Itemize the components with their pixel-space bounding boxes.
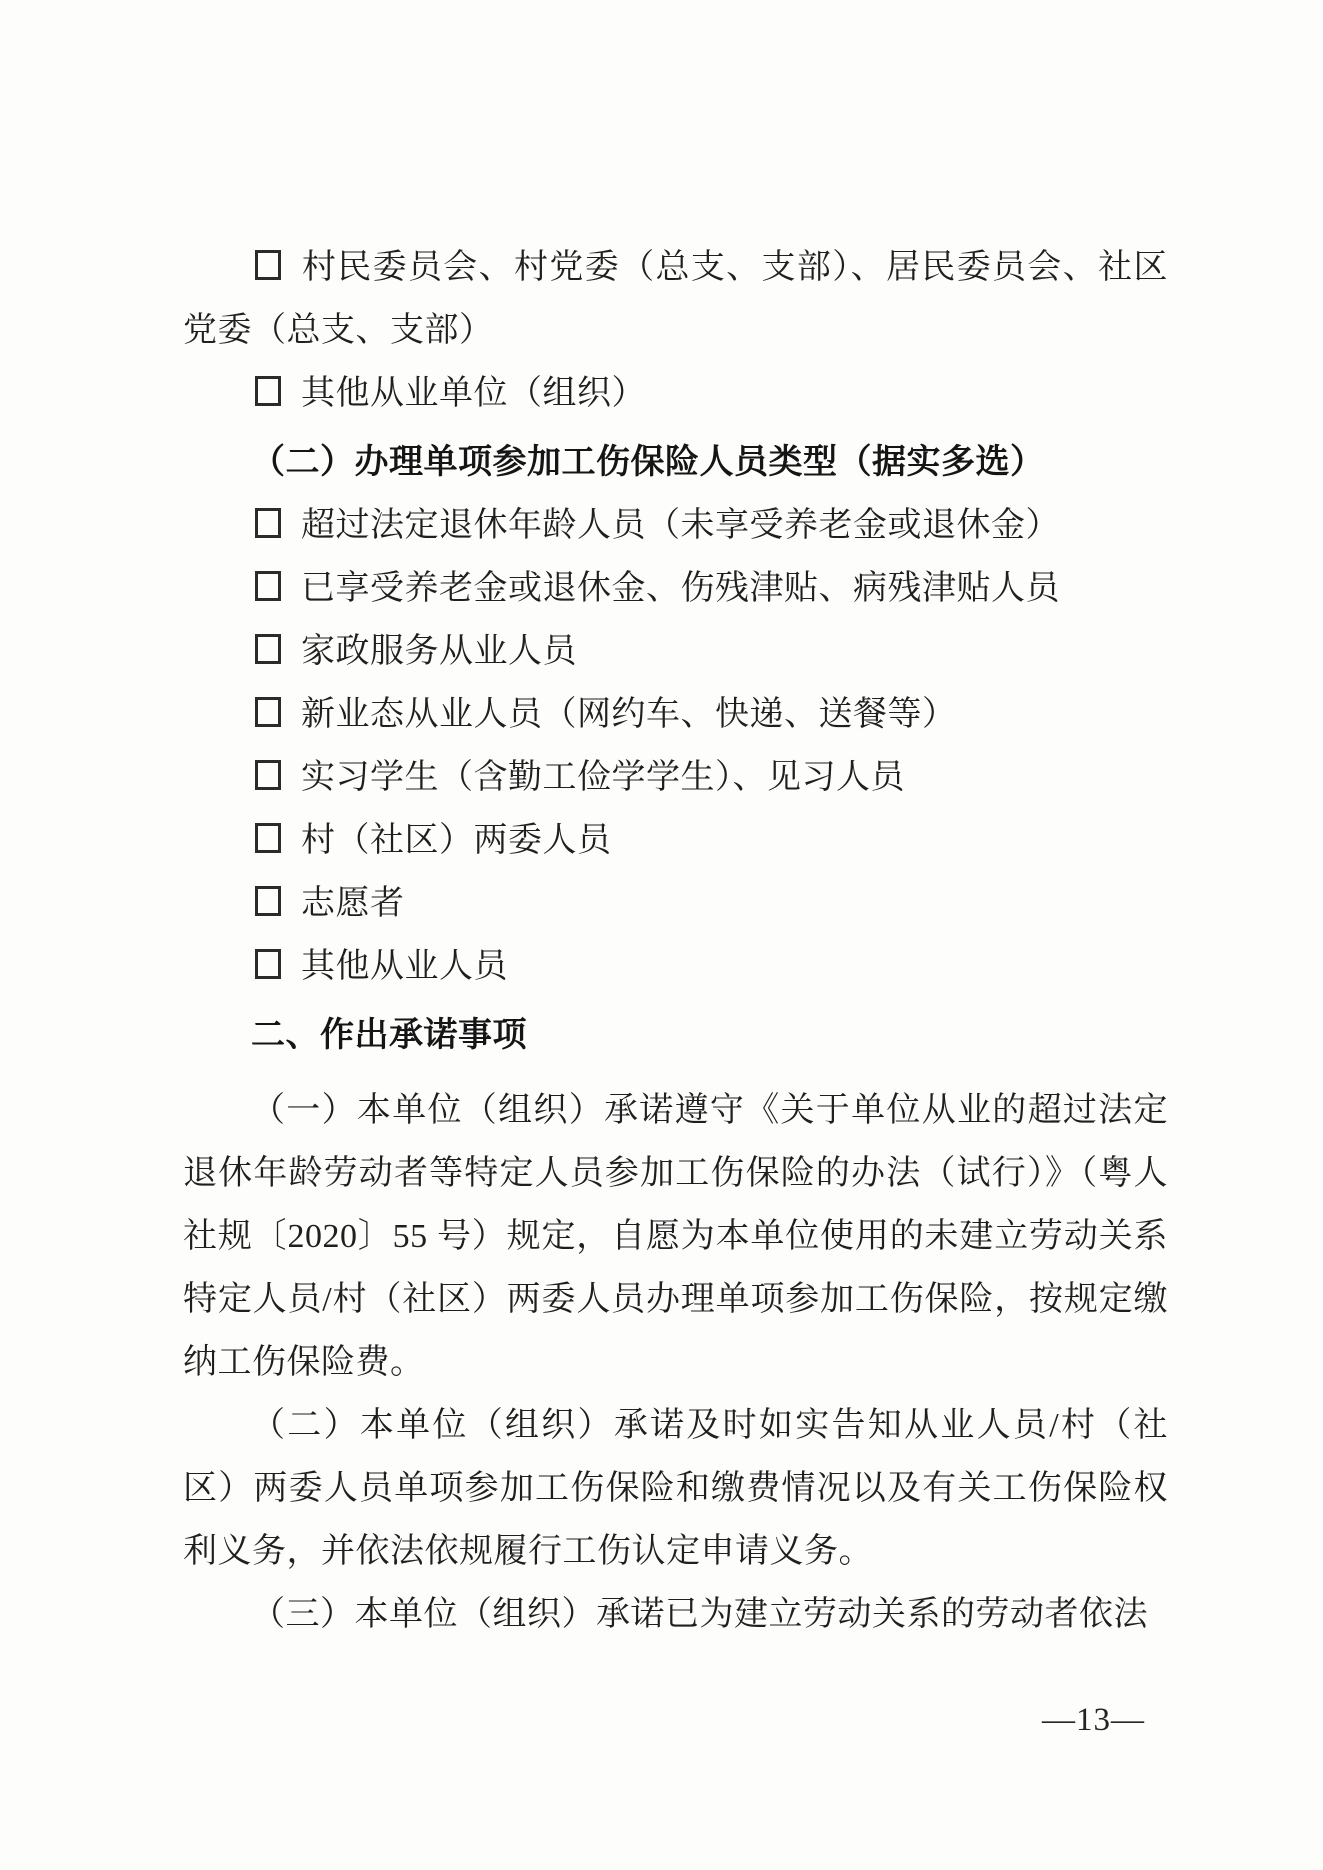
checkbox-label: 其他从业单位（组织） [301, 375, 646, 412]
checkbox-row-volunteers: 志愿者 [183, 872, 1168, 935]
checkbox[interactable] [255, 823, 281, 853]
checkbox-label: 实习学生（含勤工俭学学生）、见习人员 [301, 759, 905, 796]
checkbox-label: 超过法定退休年龄人员（未享受养老金或退休金） [301, 507, 1060, 544]
section-heading-commitments: 二、作出承诺事项 [183, 1004, 1168, 1067]
checkbox[interactable] [255, 250, 281, 280]
document-content: 村民委员会、村党委（总支、支部）、居民委员会、社区党委（总支、支部） 其他从业单… [183, 236, 1168, 1646]
checkbox-row-new-economy-workers: 新业态从业人员（网约车、快递、送餐等） [183, 683, 1168, 746]
checkbox[interactable] [255, 697, 281, 727]
checkbox-label: 村民委员会、村党委（总支、支部）、居民委员会、社区党委（总支、支部） [183, 249, 1168, 349]
checkbox[interactable] [255, 508, 281, 538]
page-number: —13— [1042, 1702, 1145, 1739]
section-heading-person-types: （二）办理单项参加工伤保险人员类型（据实多选） [183, 431, 1168, 494]
checkbox[interactable] [255, 376, 281, 406]
checkbox-row-interns: 实习学生（含勤工俭学学生）、见习人员 [183, 746, 1168, 809]
checkbox-label: 新业态从业人员（网约车、快递、送餐等） [301, 696, 957, 733]
commitment-paragraph-3: （三）本单位（组织）承诺已为建立劳动关系的劳动者依法 [183, 1583, 1168, 1646]
document-page: 村民委员会、村党委（总支、支部）、居民委员会、社区党委（总支、支部） 其他从业单… [0, 0, 1323, 1870]
checkbox-label: 村（社区）两委人员 [301, 822, 612, 859]
checkbox-row-other-workers: 其他从业人员 [183, 935, 1168, 998]
checkbox-row-domestic-service: 家政服务从业人员 [183, 620, 1168, 683]
checkbox-label: 家政服务从业人员 [301, 633, 577, 670]
checkbox-row-village-two-committees: 村（社区）两委人员 [183, 809, 1168, 872]
checkbox[interactable] [255, 634, 281, 664]
checkbox-row-pension-recipients: 已享受养老金或退休金、伤残津贴、病残津贴人员 [183, 557, 1168, 620]
checkbox[interactable] [255, 949, 281, 979]
commitment-paragraph-1: （一）本单位（组织）承诺遵守《关于单位从业的超过法定退休年龄劳动者等特定人员参加… [183, 1079, 1168, 1394]
checkbox[interactable] [255, 571, 281, 601]
checkbox-row-over-retirement-age: 超过法定退休年龄人员（未享受养老金或退休金） [183, 494, 1168, 557]
commitment-paragraph-2: （二）本单位（组织）承诺及时如实告知从业人员/村（社区）两委人员单项参加工伤保险… [183, 1394, 1168, 1583]
checkbox[interactable] [255, 760, 281, 790]
checkbox-label: 已享受养老金或退休金、伤残津贴、病残津贴人员 [301, 570, 1060, 607]
checkbox-row-other-unit: 其他从业单位（组织） [183, 362, 1168, 425]
checkbox-label: 志愿者 [301, 885, 405, 922]
checkbox-row-village-committee: 村民委员会、村党委（总支、支部）、居民委员会、社区党委（总支、支部） [183, 236, 1168, 362]
checkbox[interactable] [255, 886, 281, 916]
checkbox-label: 其他从业人员 [301, 948, 508, 985]
